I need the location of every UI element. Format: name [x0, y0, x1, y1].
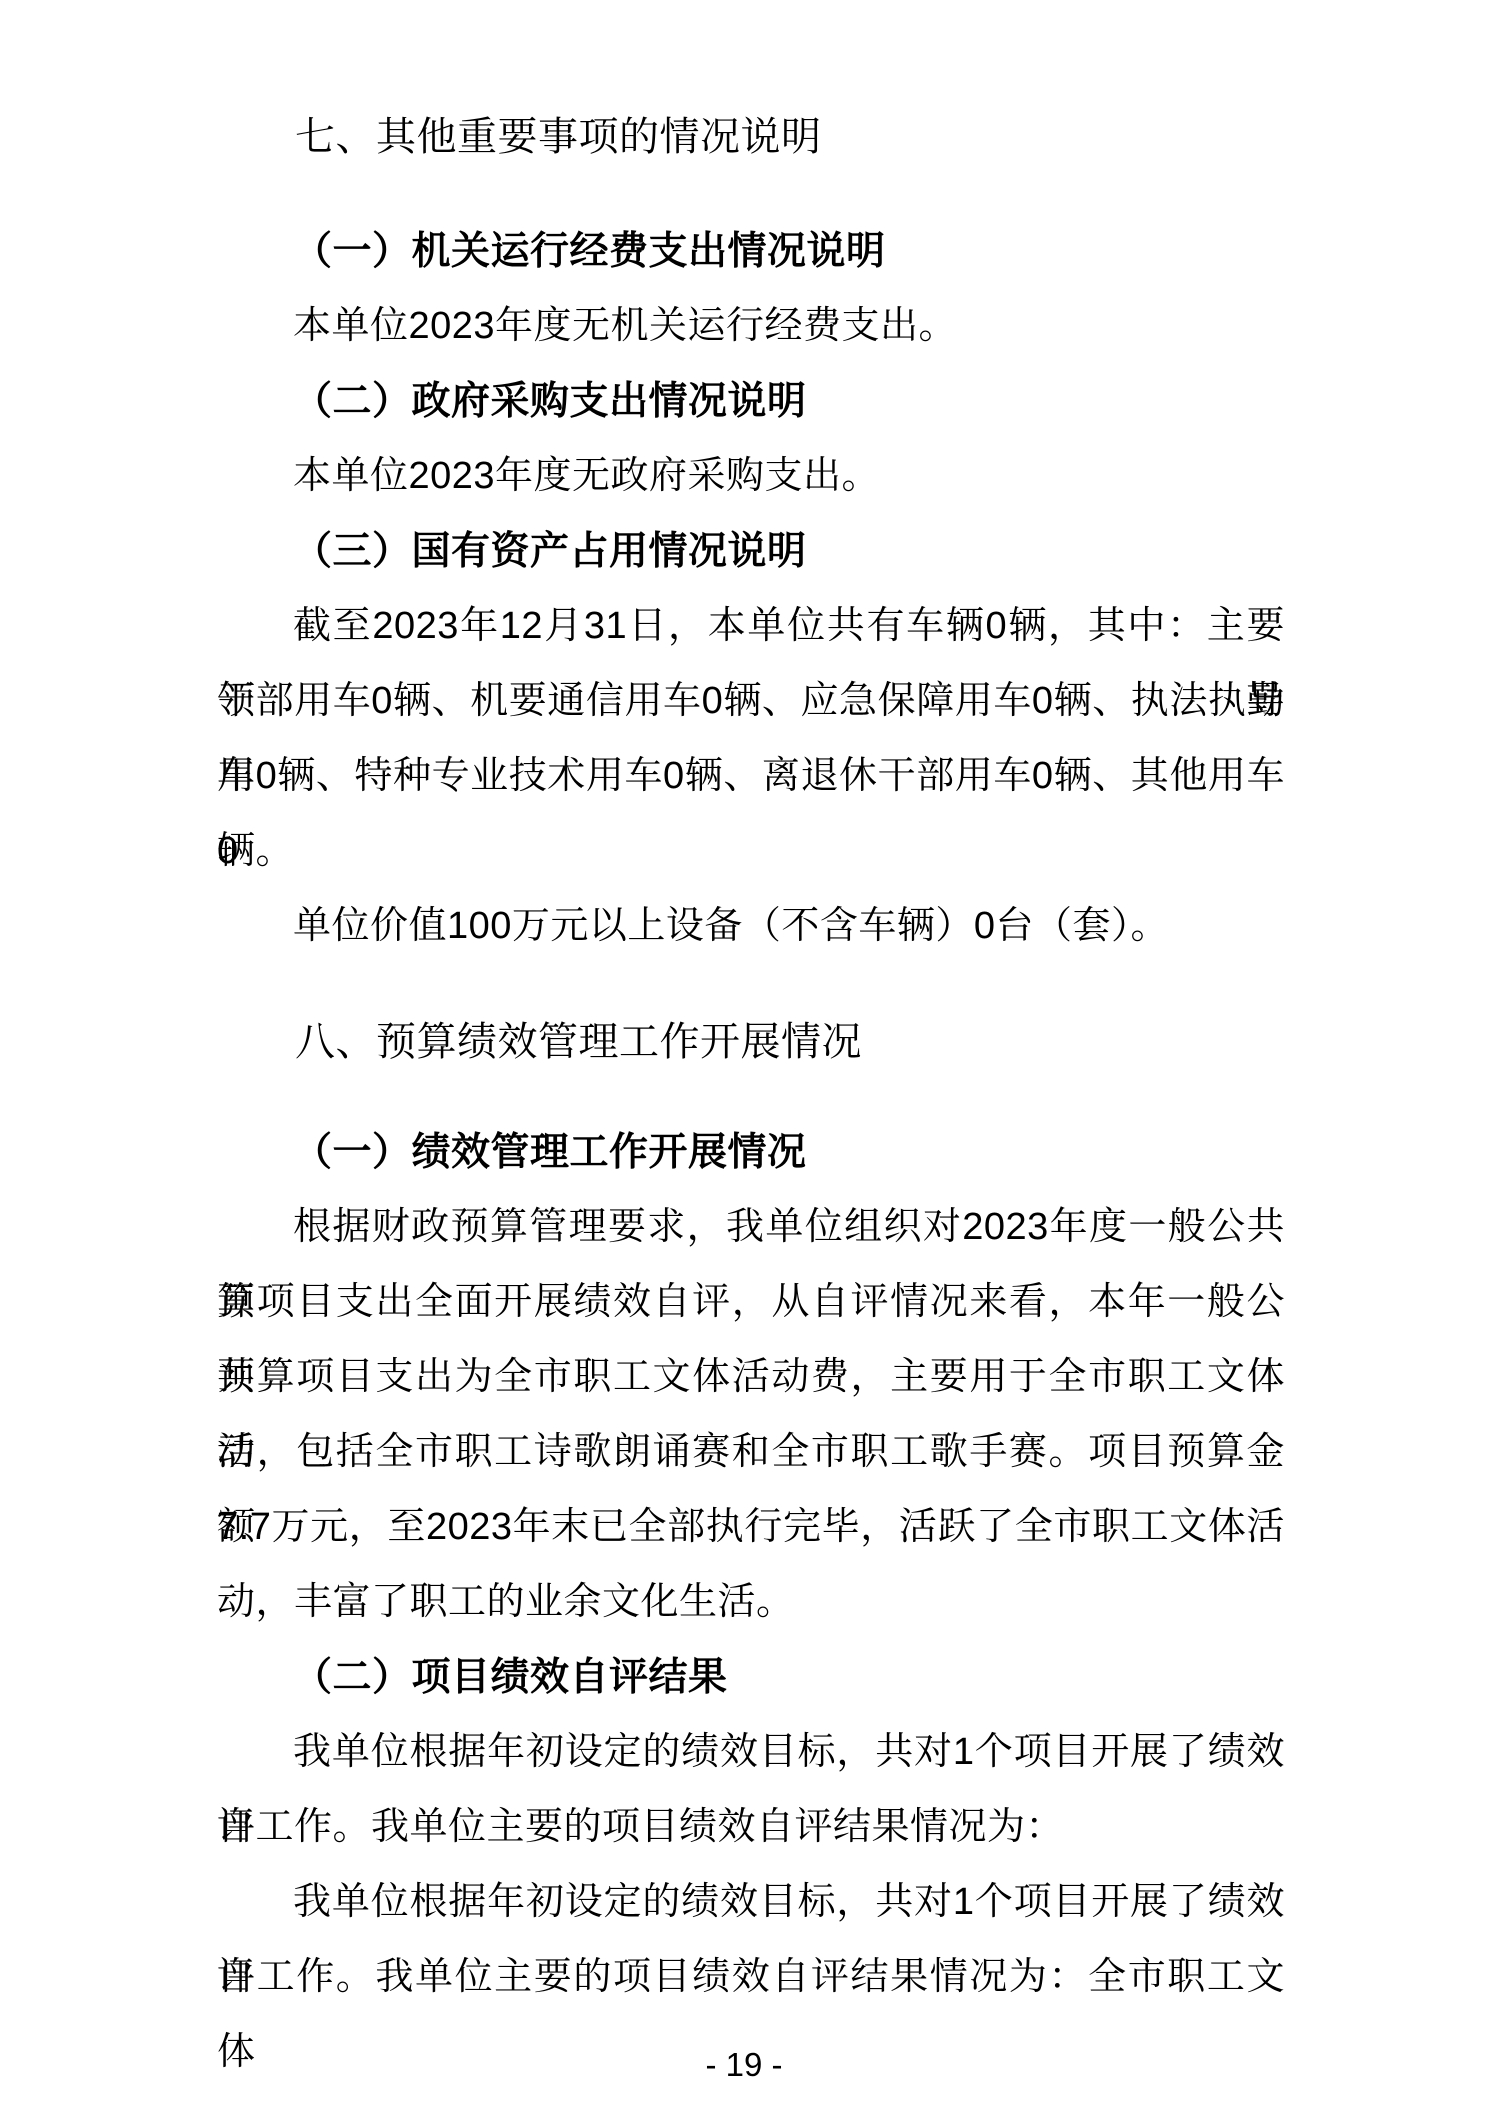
paragraph-line: 算项目支出全面开展绩效自评，从自评情况来看，本年一般公共 — [217, 1265, 1285, 1340]
sub-heading-1: （一）机关运行经费支出情况说明 — [217, 214, 1285, 289]
paragraph-line: 单位价值100万元以上设备（不含车辆）0台（套）。 — [217, 889, 1285, 964]
paragraph-line: 动，包括全市职工诗歌朗诵赛和全市职工歌手赛。项目预算金额 — [217, 1415, 1285, 1490]
sub-heading-3: （三）国有资产占用情况说明 — [217, 514, 1285, 589]
sub-heading-1b: （一）绩效管理工作开展情况 — [217, 1115, 1285, 1190]
paragraph-line: 根据财政预算管理要求，我单位组织对2023年度一般公共预 — [217, 1190, 1285, 1265]
paragraph-line: 评工作。我单位主要的项目绩效自评结果情况为： — [217, 1790, 1285, 1865]
paragraph-line: 干部用车0辆、机要通信用车0辆、应急保障用车0辆、执法执勤用 — [217, 664, 1285, 739]
document-page: 七、其他重要事项的情况说明 （一）机关运行经费支出情况说明 本单位2023年度无… — [0, 0, 1488, 2104]
section-heading-8: 八、预算绩效管理工作开展情况 — [217, 1005, 1285, 1080]
paragraph-line: 我单位根据年初设定的绩效目标，共对1个项目开展了绩效自 — [217, 1715, 1285, 1790]
paragraph-line: 辆。 — [217, 814, 1285, 889]
sub-heading-2: （二）政府采购支出情况说明 — [217, 364, 1285, 439]
document-body: 七、其他重要事项的情况说明 （一）机关运行经费支出情况说明 本单位2023年度无… — [217, 100, 1285, 2015]
paragraph-line: 截至2023年12月31日，本单位共有车辆0辆，其中：主要领导 — [217, 589, 1285, 664]
paragraph-line: 车0辆、特种专业技术用车0辆、离退休干部用车0辆、其他用车0 — [217, 739, 1285, 814]
sub-heading-2b: （二）项目绩效自评结果 — [217, 1640, 1285, 1715]
paragraph-line: 本单位2023年度无机关运行经费支出。 — [217, 289, 1285, 364]
paragraph-line: 评工作。我单位主要的项目绩效自评结果情况为：全市职工文体 — [217, 1940, 1285, 2015]
paragraph-line: 我单位根据年初设定的绩效目标，共对1个项目开展了绩效自 — [217, 1865, 1285, 1940]
page-number: - 19 - — [0, 2032, 1488, 2098]
paragraph-line: 7.7万元，至2023年末已全部执行完毕，活跃了全市职工文体活 — [217, 1490, 1285, 1565]
paragraph-line: 预算项目支出为全市职工文体活动费，主要用于全市职工文体活 — [217, 1340, 1285, 1415]
paragraph-line: 动，丰富了职工的业余文化生活。 — [217, 1565, 1285, 1640]
section-heading-7: 七、其他重要事项的情况说明 — [217, 100, 1285, 175]
paragraph-line: 本单位2023年度无政府采购支出。 — [217, 439, 1285, 514]
